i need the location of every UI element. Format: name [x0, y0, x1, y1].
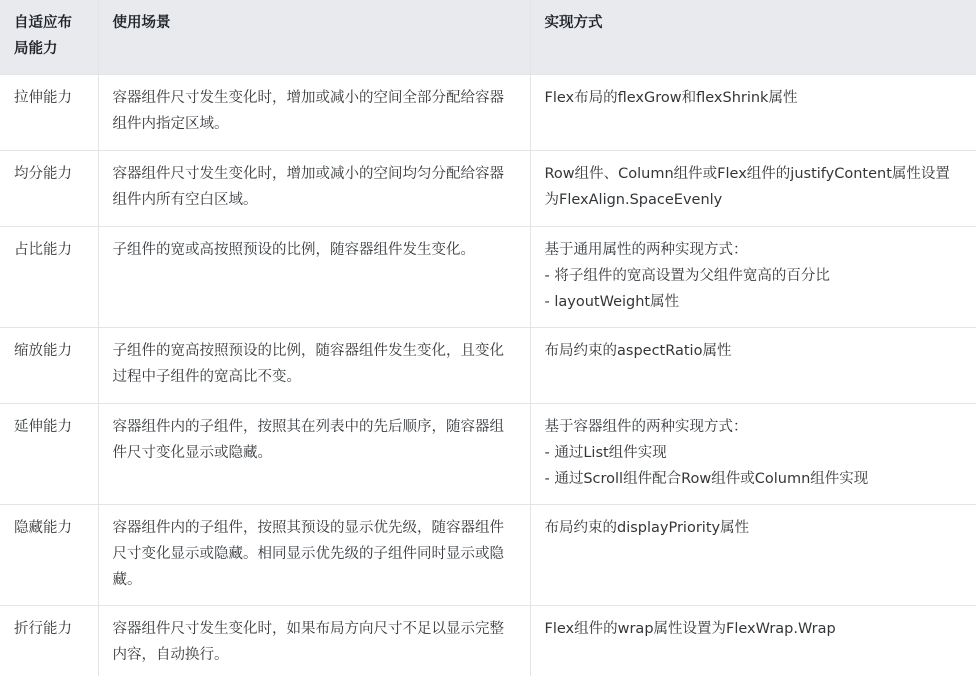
table-row: 占比能力 子组件的宽或高按照预设的比例，随容器组件发生变化。 基于通用属性的两种… [0, 227, 976, 328]
capability-cell: 均分能力 [0, 151, 98, 227]
header-scenario: 使用场景 [98, 0, 530, 75]
header-capability: 自适应布局能力 [0, 0, 98, 75]
capability-cell: 拉伸能力 [0, 75, 98, 151]
implementation-line: Flex布局的flexGrow和flexShrink属性 [545, 85, 963, 111]
capability-cell: 缩放能力 [0, 328, 98, 404]
implementation-cell: 布局约束的aspectRatio属性 [530, 328, 976, 404]
scenario-cell: 容器组件内的子组件，按照其预设的显示优先级，随容器组件尺寸变化显示或隐藏。相同显… [98, 505, 530, 606]
table-row: 均分能力 容器组件尺寸发生变化时，增加或减小的空间均匀分配给容器组件内所有空白区… [0, 151, 976, 227]
scenario-cell: 容器组件尺寸发生变化时，增加或减小的空间全部分配给容器组件内指定区域。 [98, 75, 530, 151]
implementation-cell: 基于通用属性的两种实现方式： - 将子组件的宽高设置为父组件宽高的百分比 - l… [530, 227, 976, 328]
capability-cell: 折行能力 [0, 606, 98, 676]
implementation-line: - 通过Scroll组件配合Row组件或Column组件实现 [545, 466, 963, 492]
implementation-cell: Flex组件的wrap属性设置为FlexWrap.Wrap [530, 606, 976, 676]
implementation-cell: Row组件、Column组件或Flex组件的justifyContent属性设置… [530, 151, 976, 227]
scenario-cell: 容器组件尺寸发生变化时，增加或减小的空间均匀分配给容器组件内所有空白区域。 [98, 151, 530, 227]
implementation-cell: 布局约束的displayPriority属性 [530, 505, 976, 606]
capability-cell: 延伸能力 [0, 404, 98, 505]
scenario-cell: 子组件的宽或高按照预设的比例，随容器组件发生变化。 [98, 227, 530, 328]
capability-cell: 隐藏能力 [0, 505, 98, 606]
scenario-cell: 容器组件内的子组件，按照其在列表中的先后顺序，随容器组件尺寸变化显示或隐藏。 [98, 404, 530, 505]
table-row: 延伸能力 容器组件内的子组件，按照其在列表中的先后顺序，随容器组件尺寸变化显示或… [0, 404, 976, 505]
implementation-line: - 将子组件的宽高设置为父组件宽高的百分比 [545, 263, 963, 289]
implementation-cell: Flex布局的flexGrow和flexShrink属性 [530, 75, 976, 151]
implementation-line: - 通过List组件实现 [545, 440, 963, 466]
scenario-cell: 子组件的宽高按照预设的比例，随容器组件发生变化，且变化过程中子组件的宽高比不变。 [98, 328, 530, 404]
implementation-line: Row组件、Column组件或Flex组件的justifyContent属性设置… [545, 161, 963, 213]
capability-cell: 占比能力 [0, 227, 98, 328]
implementation-line: 基于容器组件的两种实现方式： [545, 414, 963, 440]
header-row: 自适应布局能力 使用场景 实现方式 [0, 0, 976, 75]
implementation-line: Flex组件的wrap属性设置为FlexWrap.Wrap [545, 616, 963, 642]
implementation-line: - layoutWeight属性 [545, 289, 963, 315]
implementation-cell: 基于容器组件的两种实现方式： - 通过List组件实现 - 通过Scroll组件… [530, 404, 976, 505]
table-row: 拉伸能力 容器组件尺寸发生变化时，增加或减小的空间全部分配给容器组件内指定区域。… [0, 75, 976, 151]
table-row: 缩放能力 子组件的宽高按照预设的比例，随容器组件发生变化，且变化过程中子组件的宽… [0, 328, 976, 404]
table-row: 隐藏能力 容器组件内的子组件，按照其预设的显示优先级，随容器组件尺寸变化显示或隐… [0, 505, 976, 606]
implementation-line: 布局约束的displayPriority属性 [545, 515, 963, 541]
scenario-cell: 容器组件尺寸发生变化时，如果布局方向尺寸不足以显示完整内容，自动换行。 [98, 606, 530, 676]
implementation-line: 布局约束的aspectRatio属性 [545, 338, 963, 364]
adaptive-layout-table: 自适应布局能力 使用场景 实现方式 拉伸能力 容器组件尺寸发生变化时，增加或减小… [0, 0, 976, 676]
header-implementation: 实现方式 [530, 0, 976, 75]
table-row: 折行能力 容器组件尺寸发生变化时，如果布局方向尺寸不足以显示完整内容，自动换行。… [0, 606, 976, 676]
implementation-line: 基于通用属性的两种实现方式： [545, 237, 963, 263]
